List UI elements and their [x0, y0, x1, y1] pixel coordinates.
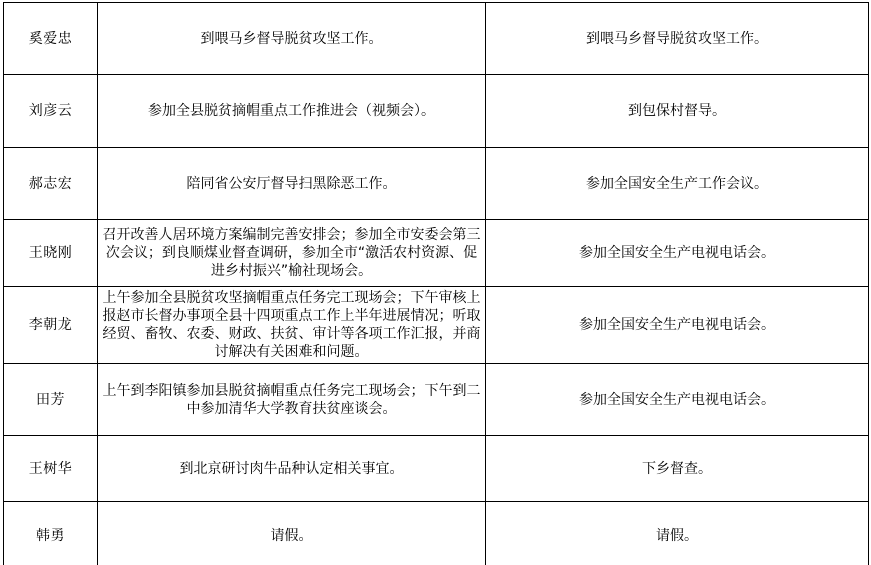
main-activity-cell: 上午参加全县脱贫攻坚摘帽重点任务完工现场会；下午审核上报赵市长督办事项全县十四项… — [98, 287, 486, 364]
table-row: 王晓刚 召开改善人居环境方案编制完善安排会；参加全市安委会第三次会议；到良顺煤业… — [4, 220, 869, 287]
table-row: 田芳 上午到李阳镇参加县脱贫摘帽重点任务完工现场会；下午到二中参加清华大学教育扶… — [4, 364, 869, 436]
table-row: 奚爱忠 到喂马乡督导脱贫攻坚工作。 到喂马乡督导脱贫攻坚工作。 — [4, 3, 869, 75]
person-name-cell: 刘彦云 — [4, 75, 98, 148]
main-activity-cell: 召开改善人居环境方案编制完善安排会；参加全市安委会第三次会议；到良顺煤业督查调研… — [98, 220, 486, 287]
person-name-cell: 韩勇 — [4, 502, 98, 565]
person-name-cell: 王晓刚 — [4, 220, 98, 287]
person-name-cell: 李朝龙 — [4, 287, 98, 364]
secondary-activity-cell: 参加全国安全生产电视电话会。 — [486, 287, 869, 364]
person-name-cell: 奚爱忠 — [4, 3, 98, 75]
main-activity-cell: 到喂马乡督导脱贫攻坚工作。 — [98, 3, 486, 75]
table-row: 郝志宏 陪同省公安厅督导扫黑除恶工作。 参加全国安全生产工作会议。 — [4, 148, 869, 220]
schedule-table: 奚爱忠 到喂马乡督导脱贫攻坚工作。 到喂马乡督导脱贫攻坚工作。 刘彦云 参加全县… — [3, 2, 869, 565]
table-row: 刘彦云 参加全县脱贫摘帽重点工作推进会（视频会）。 到包保村督导。 — [4, 75, 869, 148]
main-activity-cell: 参加全县脱贫摘帽重点工作推进会（视频会）。 — [98, 75, 486, 148]
secondary-activity-cell: 参加全国安全生产电视电话会。 — [486, 364, 869, 436]
secondary-activity-cell: 到喂马乡督导脱贫攻坚工作。 — [486, 3, 869, 75]
main-activity-cell: 上午到李阳镇参加县脱贫摘帽重点任务完工现场会；下午到二中参加清华大学教育扶贫座谈… — [98, 364, 486, 436]
table-body: 奚爱忠 到喂马乡督导脱贫攻坚工作。 到喂马乡督导脱贫攻坚工作。 刘彦云 参加全县… — [4, 3, 869, 565]
main-activity-cell: 请假。 — [98, 502, 486, 565]
secondary-activity-cell: 参加全国安全生产工作会议。 — [486, 148, 869, 220]
table-row: 韩勇 请假。 请假。 — [4, 502, 869, 565]
person-name-cell: 王树华 — [4, 436, 98, 502]
person-name-cell: 郝志宏 — [4, 148, 98, 220]
main-activity-cell: 陪同省公安厅督导扫黑除恶工作。 — [98, 148, 486, 220]
secondary-activity-cell: 下乡督查。 — [486, 436, 869, 502]
secondary-activity-cell: 参加全国安全生产电视电话会。 — [486, 220, 869, 287]
main-activity-cell: 到北京研讨肉牛品种认定相关事宜。 — [98, 436, 486, 502]
person-name-cell: 田芳 — [4, 364, 98, 436]
secondary-activity-cell: 请假。 — [486, 502, 869, 565]
table-row: 王树华 到北京研讨肉牛品种认定相关事宜。 下乡督查。 — [4, 436, 869, 502]
document-page: 奚爱忠 到喂马乡督导脱贫攻坚工作。 到喂马乡督导脱贫攻坚工作。 刘彦云 参加全县… — [0, 0, 871, 565]
table-row: 李朝龙 上午参加全县脱贫攻坚摘帽重点任务完工现场会；下午审核上报赵市长督办事项全… — [4, 287, 869, 364]
secondary-activity-cell: 到包保村督导。 — [486, 75, 869, 148]
